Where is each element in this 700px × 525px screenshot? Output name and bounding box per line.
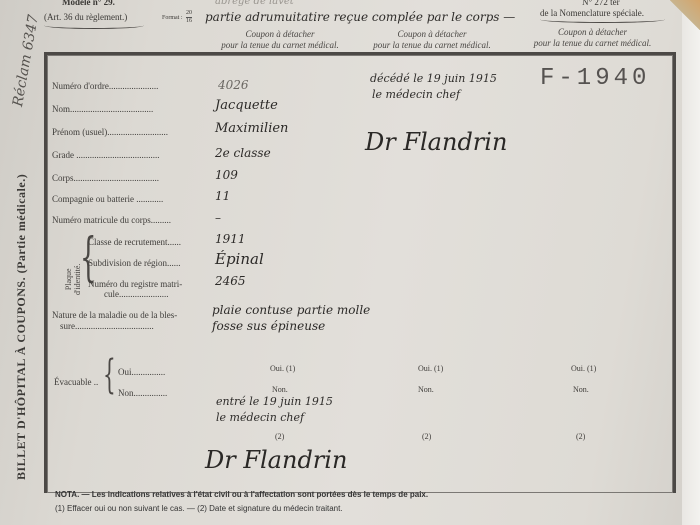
format-label: Format : (162, 15, 183, 21)
field-label-last-name: Nom..................................... (52, 104, 153, 114)
col3-non: Non. (573, 385, 589, 394)
field-label-corps: Corps...................................… (52, 173, 159, 183)
footer-footnote: (1) Effacer oui ou non suivant le cas. —… (55, 504, 343, 513)
death-note-line2: le médecin chef (372, 88, 460, 101)
handwritten-header-note: partie adrumuitatire reçue complée par l… (205, 10, 515, 24)
col3-sig-ref: (2) (576, 432, 585, 441)
doctor-signature-bottom: Dr Flandrin (205, 446, 347, 474)
evacuable-label: Évacuable .. (54, 377, 98, 387)
col3-oui: Oui. (1) (571, 364, 596, 373)
field-label-register-number-cont: cule...................... (104, 289, 169, 299)
header-underline (44, 22, 144, 29)
evacuable-oui: Oui............... (118, 367, 165, 377)
coupon-label-2: Coupon à détacherpour la tenue du carnet… (362, 29, 502, 51)
col2-oui: Oui. (1) (418, 364, 443, 373)
field-value-company: 11 (215, 189, 230, 203)
nomenclature-underline (540, 16, 665, 23)
field-value-nature-line2: fosse sus épineuse (212, 319, 325, 333)
field-label-order-number: Numéro d'ordre...................... (52, 81, 158, 91)
form-frame (44, 52, 676, 493)
article-reference: (Art. 36 du règlement.) (44, 12, 127, 22)
field-value-nature-line1: plaie contuse partie molle (212, 303, 370, 317)
field-value-order-number: 4026 (218, 78, 249, 92)
field-label-recruitment-class: Classe de recrutement...... (88, 237, 181, 247)
nomenclature-number: N° 272 ter (582, 0, 620, 7)
field-value-recruitment-class: 1911 (215, 232, 246, 246)
field-label-matricule: Numéro matricule du corps......... (52, 215, 171, 225)
field-value-region: Épinal (215, 250, 264, 268)
field-value-corps: 109 (215, 168, 238, 182)
evacuable-brace: { (103, 355, 116, 395)
model-number: Modèle n° 29. (62, 0, 115, 7)
hospital-ticket-document: Modèle n° 29. (Art. 36 du règlement.) Fo… (0, 0, 700, 525)
col1-oui: Oui. (1) (270, 364, 295, 373)
doctor-signature-top: Dr Flandrin (365, 128, 507, 156)
field-label-nature: Nature de la maladie ou de la bles- (52, 310, 177, 320)
field-value-last-name: Jacquette (215, 98, 278, 113)
death-note-line1: décédé le 19 juin 1915 (370, 72, 497, 85)
page-corner-fold (670, 0, 700, 30)
format-fraction: 20 16 (186, 10, 192, 25)
field-label-register-number: Numéro du registre matri- (88, 279, 182, 289)
field-label-nature-cont: sure................................... (60, 321, 154, 331)
field-value-first-name: Maximilien (215, 121, 288, 136)
handwritten-faded-note: abrégé de lavet (215, 0, 294, 7)
coupon-label-1: Coupon à détacherpour la tenue du carnet… (210, 29, 350, 51)
document-vertical-title: BILLET D'HÔPITAL À COUPONS. (Partie médi… (14, 174, 29, 480)
entry-note-line1: entré le 19 juin 1915 (216, 395, 333, 408)
handwritten-margin-reference: Réclam 6347 (10, 14, 42, 108)
field-label-company: Compagnie ou batterie ............ (52, 194, 163, 204)
entry-note-line2: le médecin chef (216, 411, 304, 424)
col1-non: Non. (272, 385, 288, 394)
document-number: F-1940 (540, 65, 650, 92)
col2-sig-ref: (2) (422, 432, 431, 441)
field-value-register-number: 2465 (215, 274, 246, 288)
col2-non: Non. (418, 385, 434, 394)
coupon-label-3: Coupon à détacherpour la tenue du carnet… (520, 27, 665, 49)
field-label-first-name: Prénom (usuel)..........................… (52, 127, 168, 137)
field-label-grade: Grade ..................................… (52, 150, 160, 160)
field-label-region: Subdivision de région...... (88, 258, 181, 268)
field-value-matricule: – (215, 211, 221, 225)
footer-nota: NOTA. — Les indications relatives à l'ét… (55, 490, 428, 499)
evacuable-non: Non............... (118, 388, 167, 398)
page-edge (682, 0, 700, 525)
col1-sig-ref: (2) (275, 432, 284, 441)
field-value-grade: 2e classe (215, 146, 271, 160)
